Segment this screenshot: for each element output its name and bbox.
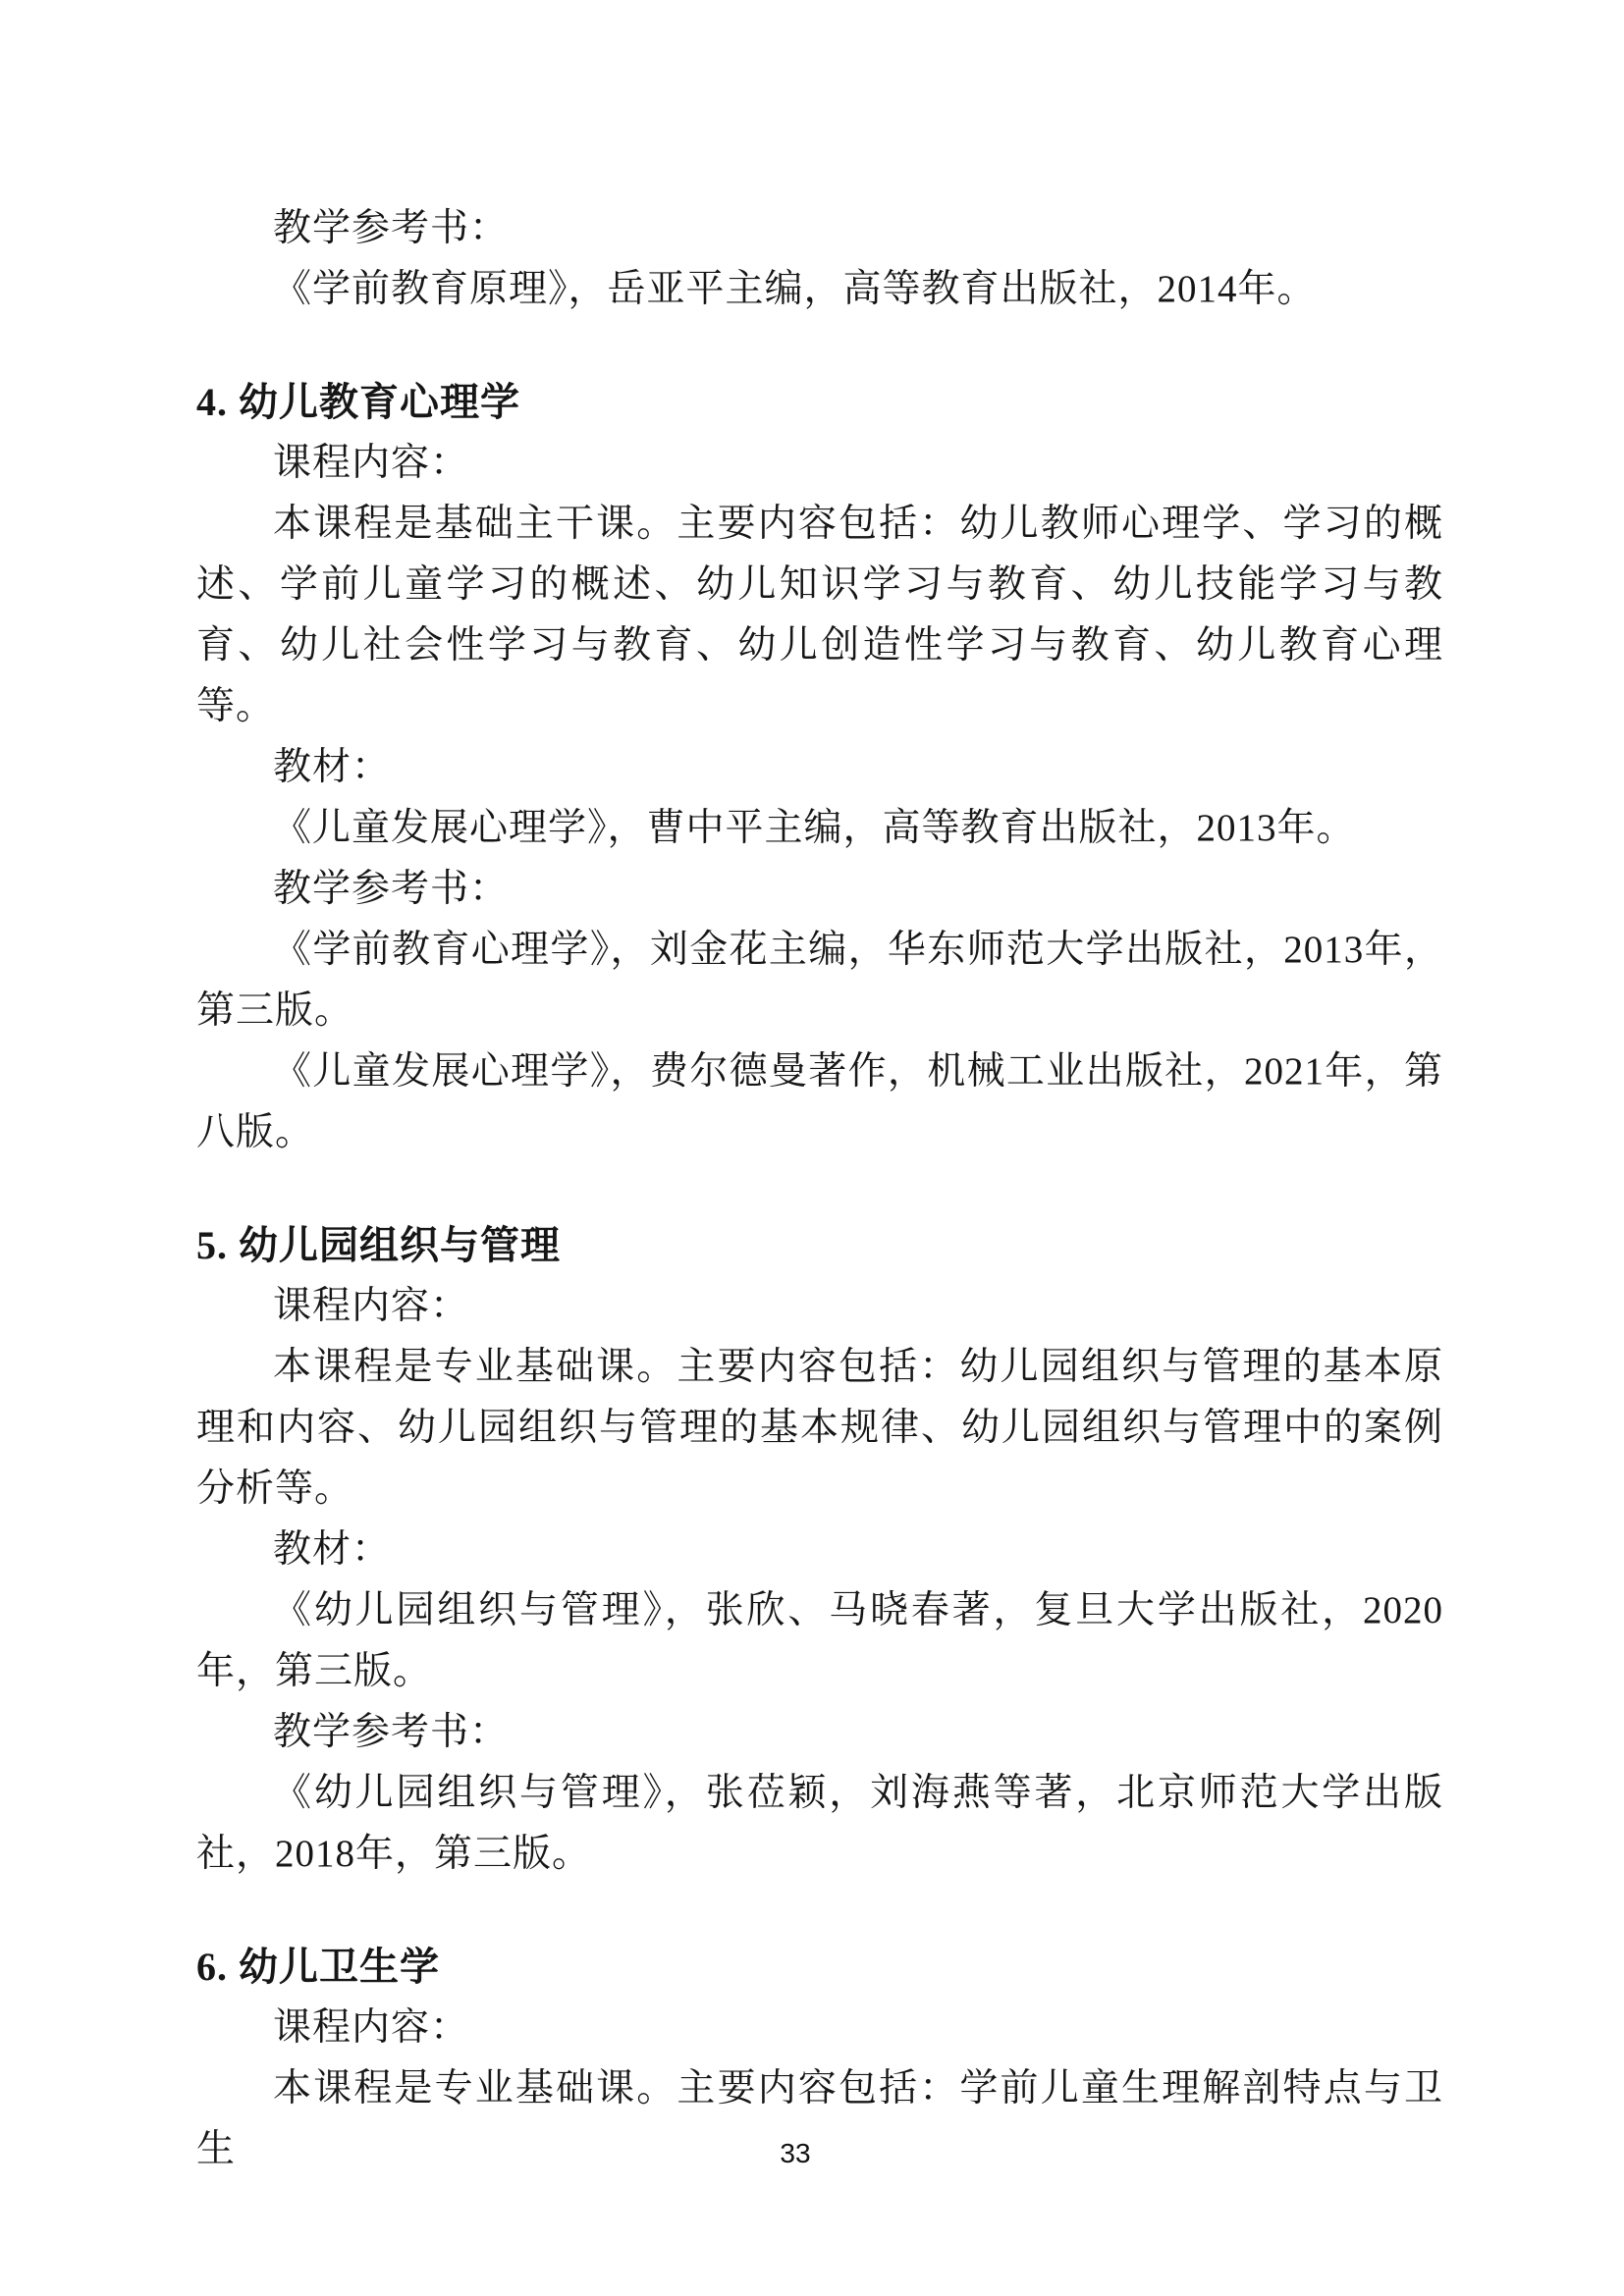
- paragraph: 《学前教育原理》，岳亚平主编，高等教育出版社，2014年。: [196, 259, 1443, 320]
- document-content: 教学参考书：《学前教育原理》，岳亚平主编，高等教育出版社，2014年。4. 幼儿…: [196, 198, 1443, 2180]
- page-footer: 33: [0, 2138, 1591, 2169]
- paragraph: 《幼儿园组织与管理》，张欣、马晓春著，复旦大学出版社，2020年，第三版。: [196, 1580, 1443, 1702]
- paragraph: 课程内容：: [196, 1998, 1443, 2058]
- page-number: 33: [780, 2138, 810, 2168]
- document-page: 教学参考书：《学前教育原理》，岳亚平主编，高等教育出版社，2014年。4. 幼儿…: [0, 0, 1624, 2296]
- section-heading: 4. 幼儿教育心理学: [196, 372, 1443, 433]
- paragraph: 课程内容：: [196, 433, 1443, 494]
- paragraph: 教学参考书：: [196, 859, 1443, 920]
- paragraph: 课程内容：: [196, 1276, 1443, 1337]
- paragraph: 《幼儿园组织与管理》，张莅颖，刘海燕等著，北京师范大学出版社，2018年，第三版…: [196, 1763, 1443, 1885]
- paragraph: 《学前教育心理学》，刘金花主编，华东师范大学出版社，2013年，第三版。: [196, 920, 1443, 1041]
- paragraph: 本课程是专业基础课。主要内容包括：幼儿园组织与管理的基本原理和内容、幼儿园组织与…: [196, 1337, 1443, 1520]
- paragraph: 本课程是基础主干课。主要内容包括：幼儿教师心理学、学习的概述、学前儿童学习的概述…: [196, 494, 1443, 737]
- paragraph: 《儿童发展心理学》，曹中平主编，高等教育出版社，2013年。: [196, 798, 1443, 859]
- section-heading: 6. 幼儿卫生学: [196, 1937, 1443, 1998]
- paragraph: 教材：: [196, 737, 1443, 798]
- paragraph: 教学参考书：: [196, 198, 1443, 259]
- paragraph: 教材：: [196, 1520, 1443, 1580]
- paragraph: 教学参考书：: [196, 1702, 1443, 1763]
- section-heading: 5. 幼儿园组织与管理: [196, 1215, 1443, 1276]
- paragraph: 《儿童发展心理学》，费尔德曼著作，机械工业出版社，2021年，第八版。: [196, 1041, 1443, 1163]
